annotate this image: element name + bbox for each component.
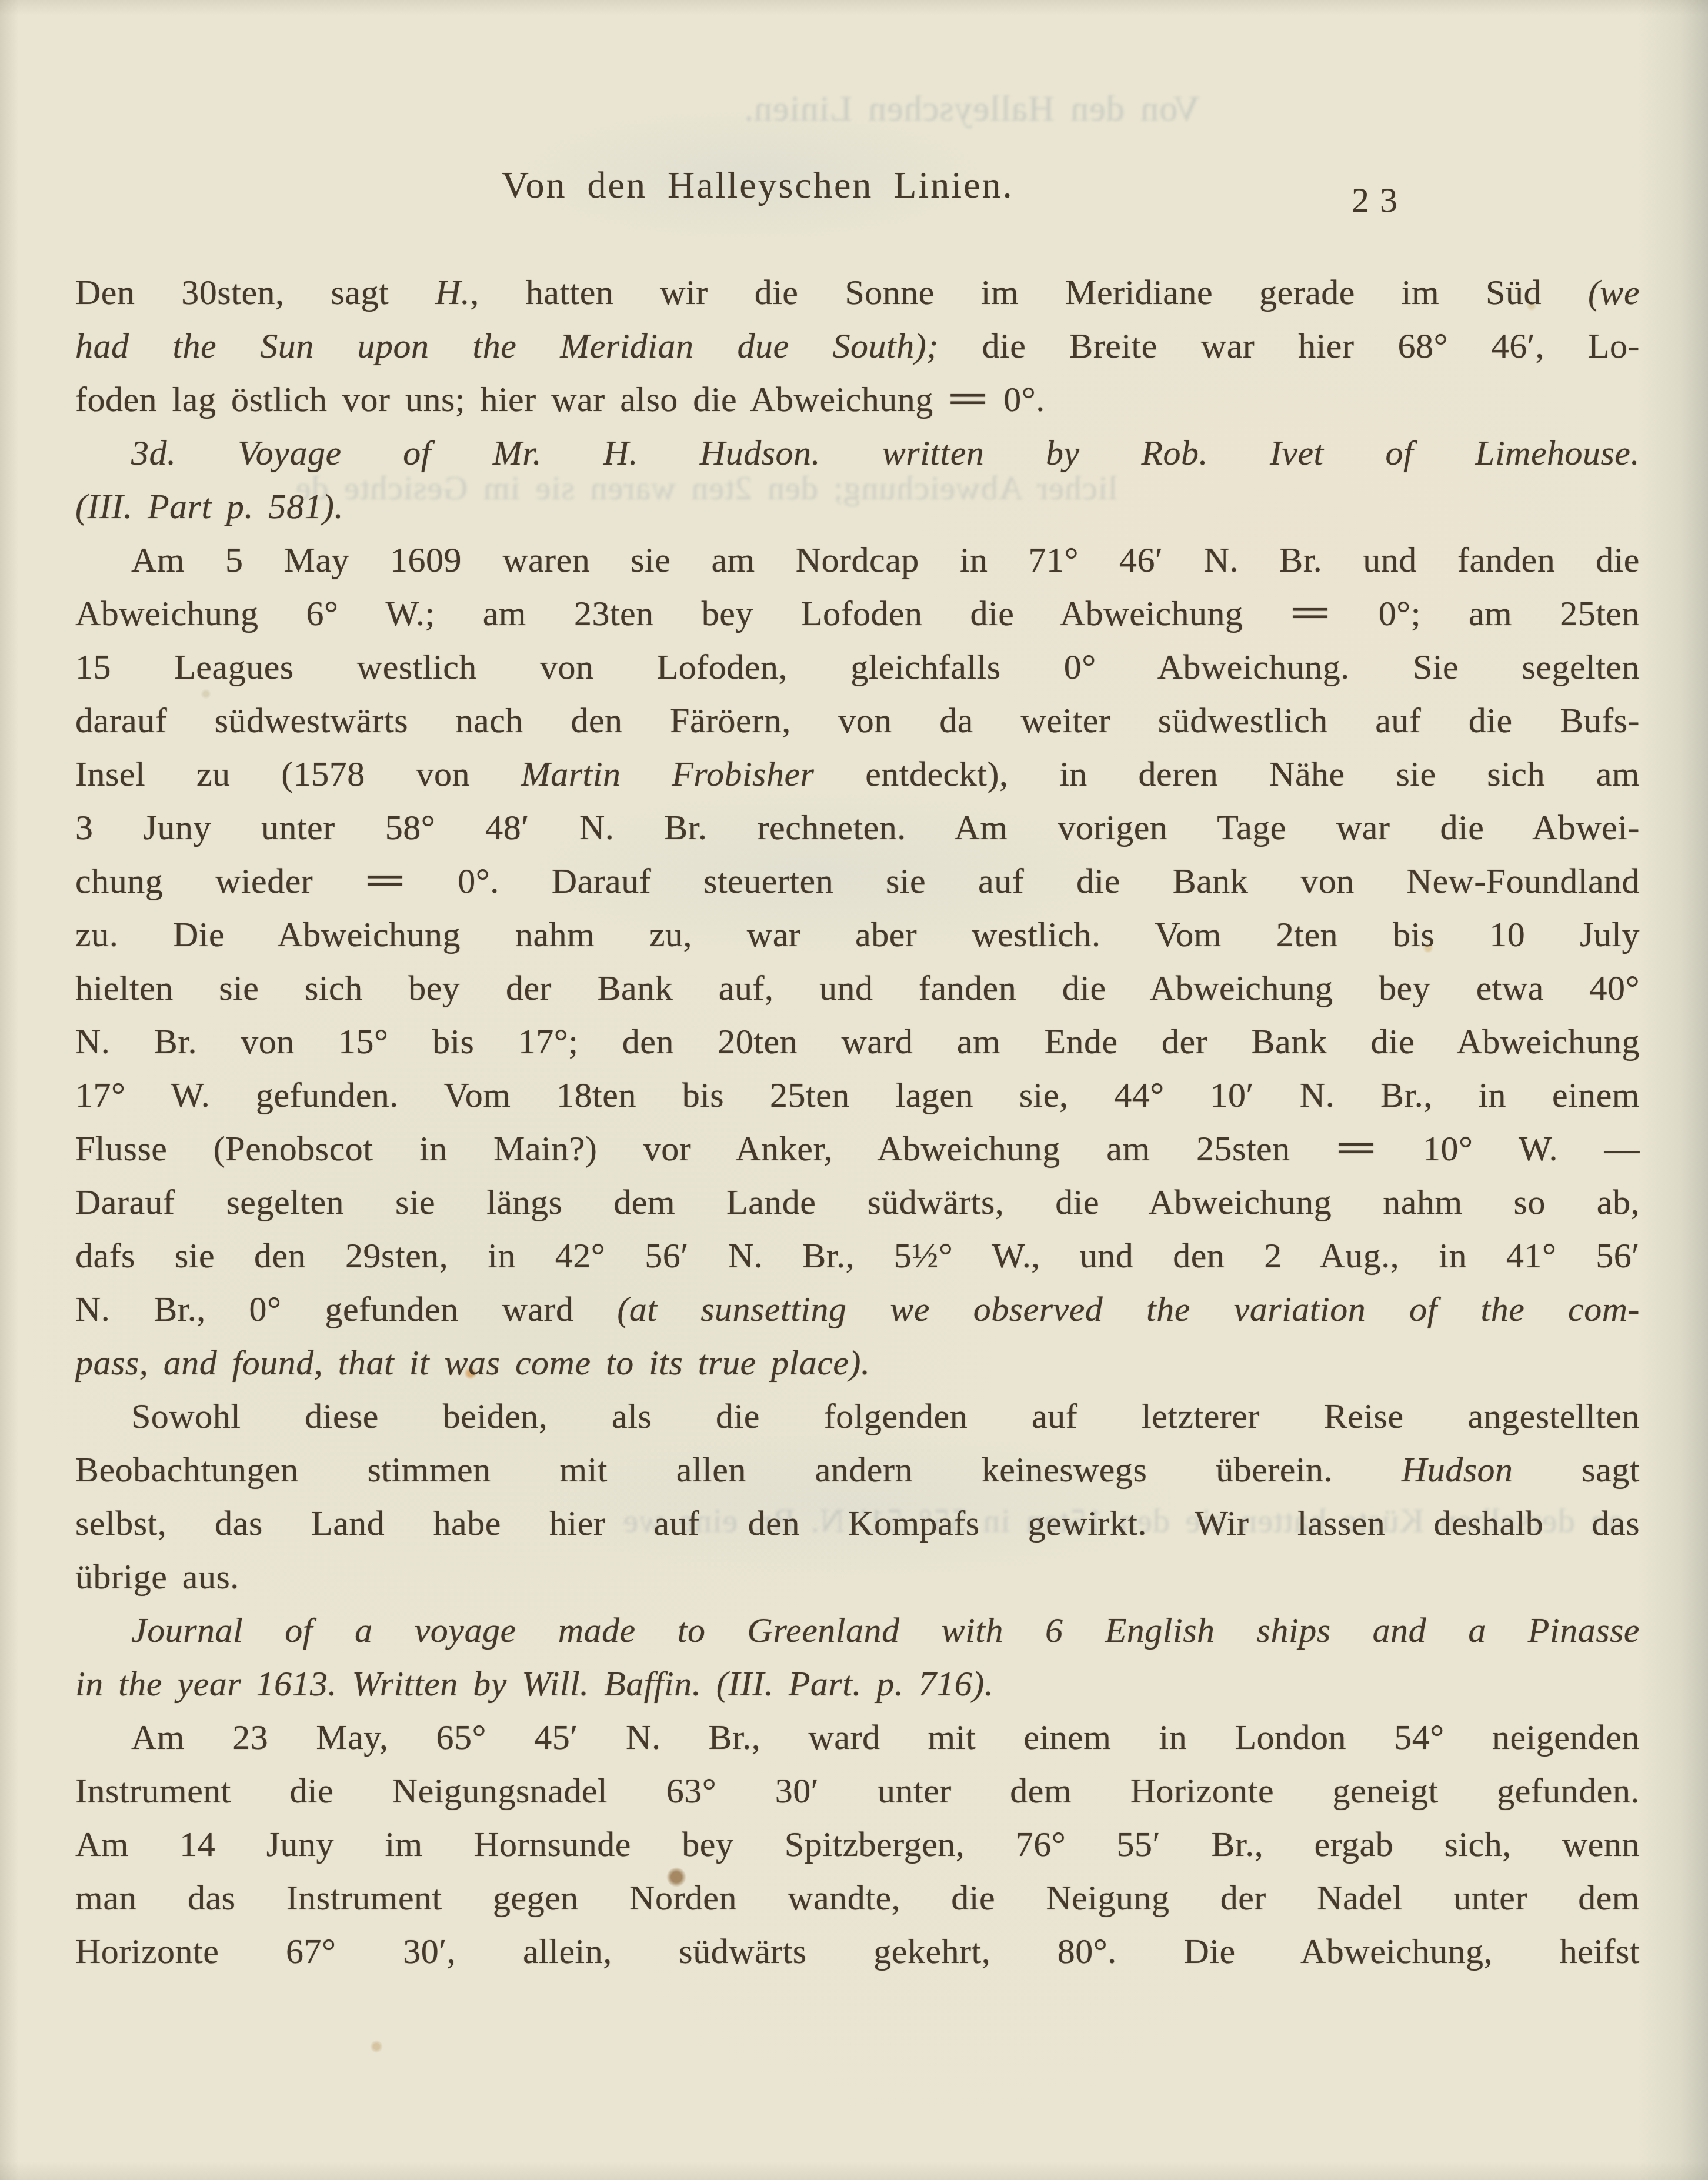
text-line: Am 14 Juny im Hornsunde bey Spitzbergen,… <box>75 1818 1640 1871</box>
text-segment: hielten sie sich bey der Bank auf, und f… <box>75 969 1640 1007</box>
double-bar-equals-sign: = <box>1289 587 1332 640</box>
text-segment: man das Instrument gegen Norden wandte, … <box>75 1878 1640 1917</box>
italic-text-segment: H. <box>435 273 470 312</box>
text-line: pass, and found, that it was come to its… <box>75 1336 1640 1390</box>
text-segment: Abweichung 6° W.; am 23ten bey Lofoden d… <box>75 594 1291 633</box>
text-line: Insel zu (1578 von Martin Frobisher entd… <box>75 747 1640 801</box>
text-line: Abweichung 6° W.; am 23ten bey Lofoden d… <box>75 587 1640 640</box>
text-segment: N. Br. von 15° bis 17°; den 20ten ward a… <box>75 1022 1640 1061</box>
text-segment: 17° W. gefunden. Vom 18ten bis 25ten lag… <box>75 1076 1640 1114</box>
text-line: Instrument die Neigungsnadel 63° 30′ unt… <box>75 1764 1640 1818</box>
text-segment: übrige aus. <box>75 1557 239 1596</box>
text-segment: 15 Leagues westlich von Lofoden, gleichf… <box>75 647 1640 686</box>
text-segment: 0°. <box>989 380 1045 419</box>
text-line: Darauf segelten sie längs dem Lande südw… <box>75 1176 1640 1229</box>
text-line: zu. Die Abweichung nahm zu, war aber wes… <box>75 908 1640 962</box>
book-page-scan: Von den Halleyschen Linien. licher Abwei… <box>0 0 1708 2180</box>
text-segment: 0°; am 25ten <box>1331 594 1640 633</box>
text-line: hielten sie sich bey der Bank auf, und f… <box>75 962 1640 1015</box>
text-block: Den 30sten, sagt H., hatten wir die Sonn… <box>75 266 1640 1978</box>
text-segment: chung wieder <box>75 862 365 900</box>
text-segment: , hatten wir die Sonne im Meridiane gera… <box>470 273 1588 312</box>
italic-text-segment: (III. Part p. 581). <box>75 487 343 526</box>
text-line: Am 23 May, 65° 45′ N. Br., ward mit eine… <box>75 1711 1640 1764</box>
double-bar-equals-sign: = <box>947 373 990 426</box>
text-segment: Instrument die Neigungsnadel 63° 30′ unt… <box>75 1771 1640 1810</box>
text-segment: Sowohl diese beiden, als die folgenden a… <box>131 1397 1640 1435</box>
text-line: 15 Leagues westlich von Lofoden, gleichf… <box>75 640 1640 694</box>
text-segment: 3 Juny unter 58° 48′ N. Br. rechneten. A… <box>75 808 1640 847</box>
text-segment: Am 23 May, 65° 45′ N. Br., ward mit eine… <box>131 1718 1640 1757</box>
text-segment: entdeckt), in deren Nähe sie sich am <box>814 755 1640 793</box>
text-line: (III. Part p. 581). <box>75 480 1640 533</box>
text-line: dafs sie den 29sten, in 42° 56′ N. Br., … <box>75 1229 1640 1283</box>
show-through-text: Von den Halleyschen Linien. <box>465 88 1200 130</box>
text-line: 3d. Voyage of Mr. H. Hudson. written by … <box>75 426 1640 480</box>
italic-text-segment: (we <box>1588 273 1640 312</box>
italic-text-segment: in the year 1613. Written by Will. Baffi… <box>75 1664 993 1703</box>
text-line: 3 Juny unter 58° 48′ N. Br. rechneten. A… <box>75 801 1640 854</box>
text-segment: darauf südwestwärts nach den Färöern, vo… <box>75 701 1640 740</box>
text-line: darauf südwestwärts nach den Färöern, vo… <box>75 694 1640 747</box>
italic-text-segment: Hudson <box>1402 1450 1513 1489</box>
text-segment: foden lag östlich vor uns; hier war also… <box>75 380 948 419</box>
italic-text-segment: pass, and found, that it was come to its… <box>75 1343 870 1382</box>
text-segment: zu. Die Abweichung nahm zu, war aber wes… <box>75 915 1640 954</box>
text-line: Journal of a voyage made to Greenland wi… <box>75 1604 1640 1657</box>
text-segment: Den 30sten, sagt <box>75 273 435 312</box>
text-segment: Flusse (Penobscot in Main?) vor Anker, A… <box>75 1129 1336 1168</box>
double-bar-equals-sign: = <box>1335 1122 1378 1176</box>
text-segment: 0°. Darauf steuerten sie auf die Bank vo… <box>405 862 1640 900</box>
text-line: Sowohl diese beiden, als die folgenden a… <box>75 1390 1640 1443</box>
text-line: foden lag östlich vor uns; hier war also… <box>75 373 1640 426</box>
text-line: had the Sun upon the Meridian due South)… <box>75 319 1640 373</box>
text-line: Den 30sten, sagt H., hatten wir die Sonn… <box>75 266 1640 319</box>
text-line: selbst, das Land habe hier auf den Kompa… <box>75 1497 1640 1550</box>
text-line: Am 5 May 1609 waren sie am Nordcap in 71… <box>75 533 1640 587</box>
text-segment: Am 14 Juny im Hornsunde bey Spitzbergen,… <box>75 1825 1640 1864</box>
text-segment: selbst, das Land habe hier auf den Kompa… <box>75 1504 1640 1543</box>
text-segment: Horizonte 67° 30′, allein, südwärts geke… <box>75 1932 1640 1971</box>
text-segment: Am 5 May 1609 waren sie am Nordcap in 71… <box>131 540 1640 579</box>
text-line: man das Instrument gegen Norden wandte, … <box>75 1871 1640 1925</box>
text-segment: N. Br., 0° gefunden ward <box>75 1290 617 1328</box>
double-bar-equals-sign: = <box>364 854 407 908</box>
italic-text-segment: (at sunsetting we observed the variation… <box>617 1290 1640 1328</box>
text-line: N. Br., 0° gefunden ward (at sunsetting … <box>75 1283 1640 1336</box>
text-line: 17° W. gefunden. Vom 18ten bis 25ten lag… <box>75 1069 1640 1122</box>
text-line: Horizonte 67° 30′, allein, südwärts geke… <box>75 1925 1640 1978</box>
page-number: 23 <box>1352 180 1408 221</box>
text-segment: Insel zu (1578 von <box>75 755 521 793</box>
italic-text-segment: 3d. Voyage of Mr. H. Hudson. written by … <box>131 433 1640 472</box>
italic-text-segment: Journal of a voyage made to Greenland wi… <box>131 1611 1640 1650</box>
italic-text-segment: had the Sun upon the Meridian due South)… <box>75 326 939 365</box>
text-segment: sagt <box>1513 1450 1640 1489</box>
text-line: Beobachtungen stimmen mit allen andern k… <box>75 1443 1640 1497</box>
page-title: Von den Halleyschen Linien. <box>75 165 1440 206</box>
text-segment: Darauf segelten sie längs dem Lande südw… <box>75 1183 1640 1221</box>
text-segment: dafs sie den 29sten, in 42° 56′ N. Br., … <box>75 1236 1640 1275</box>
text-line: chung wieder = 0°. Darauf steuerten sie … <box>75 854 1640 908</box>
italic-text-segment: Martin Frobisher <box>521 755 815 793</box>
text-line: übrige aus. <box>75 1550 1640 1604</box>
text-line: N. Br. von 15° bis 17°; den 20ten ward a… <box>75 1015 1640 1069</box>
text-line: Flusse (Penobscot in Main?) vor Anker, A… <box>75 1122 1640 1176</box>
text-segment: die Breite war hier 68° 46′, Lo- <box>939 326 1640 365</box>
text-segment: Beobachtungen stimmen mit allen andern k… <box>75 1450 1402 1489</box>
text-line: in the year 1613. Written by Will. Baffi… <box>75 1657 1640 1711</box>
text-segment: 10° W. — <box>1377 1129 1640 1168</box>
